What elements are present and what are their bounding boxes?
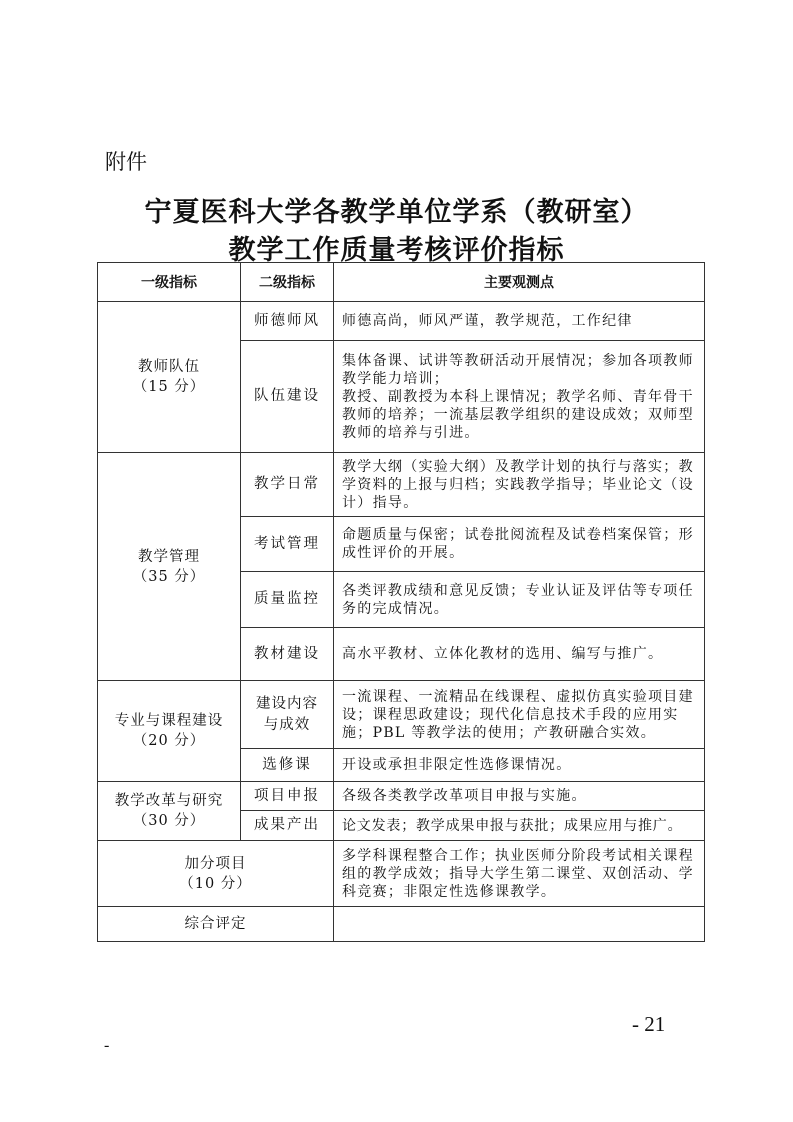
points-cell: 一流课程、一流精品在线课程、虚拟仿真实验项目建设；课程思政建设；现代化信息技术手… — [334, 681, 705, 749]
point-text: 开设或承担非限定性选修课情况。 — [342, 756, 698, 774]
points-cell: 命题质量与保密；试卷批阅流程及试卷档案保管；形成性评价的开展。 — [334, 517, 705, 572]
level2-cell: 建设内容与成效 — [241, 681, 334, 749]
header-level2: 二级指标 — [241, 263, 334, 302]
points-cell: 各类评教成绩和意见反馈；专业认证及评估等专项任务的完成情况。 — [334, 572, 705, 628]
overall-value-cell — [334, 907, 705, 942]
point-text: 集体备课、试讲等教研活动开展情况；参加各项教师教学能力培训； — [342, 352, 698, 388]
level2-cell: 考试管理 — [241, 517, 334, 572]
overall-label-cell: 综合评定 — [98, 907, 334, 942]
table-row: 教师队伍 （15 分） 师德师风 师德高尚，师风严谨，教学规范，工作纪律 — [98, 302, 705, 341]
level1-score: （35 分） — [133, 569, 206, 585]
overall-row: 综合评定 — [98, 907, 705, 942]
level2-cell: 师德师风 — [241, 302, 334, 341]
table-row: 教学改革与研究 （30 分） 项目申报 各级各类教学改革项目申报与实施。 — [98, 782, 705, 811]
table-row: 教学管理 （35 分） 教学日常 教学大纲（实验大纲）及教学计划的执行与落实；教… — [98, 453, 705, 517]
level1-cell: 教学改革与研究 （30 分） — [98, 782, 241, 841]
point-text: 教授、副教授为本科上课情况；教学名师、青年骨干教师的培养；一流基层教学组织的建设… — [342, 388, 698, 442]
points-cell: 开设或承担非限定性选修课情况。 — [334, 749, 705, 782]
table-row: 专业与课程建设 （20 分） 建设内容与成效 一流课程、一流精品在线课程、虚拟仿… — [98, 681, 705, 749]
level2-cell: 选修课 — [241, 749, 334, 782]
point-text: 多学科课程整合工作；执业医师分阶段考试相关课程组的教学成效；指导大学生第二课堂、… — [342, 847, 698, 901]
level1-cell: 专业与课程建设 （20 分） — [98, 681, 241, 782]
point-text: 一流课程、一流精品在线课程、虚拟仿真实验项目建设；课程思政建设；现代化信息技术手… — [342, 688, 698, 742]
level1-score: （30 分） — [133, 813, 206, 829]
points-cell: 各级各类教学改革项目申报与实施。 — [334, 782, 705, 811]
level2-cell: 成果产出 — [241, 811, 334, 841]
points-cell: 高水平教材、立体化教材的选用、编写与推广。 — [334, 628, 705, 681]
bonus-label-cell: 加分项目 （10 分） — [98, 841, 334, 907]
bonus-label: 加分项目 — [185, 856, 247, 872]
point-text: 各级各类教学改革项目申报与实施。 — [342, 787, 698, 805]
level1-score: （20 分） — [133, 733, 206, 749]
level1-cell: 教师队伍 （15 分） — [98, 302, 241, 453]
bonus-points-cell: 多学科课程整合工作；执业医师分阶段考试相关课程组的教学成效；指导大学生第二课堂、… — [334, 841, 705, 907]
level2-cell: 质量监控 — [241, 572, 334, 628]
level2-cell: 教学日常 — [241, 453, 334, 517]
level1-label: 教学改革与研究 — [115, 793, 224, 809]
page-number: - 21 — [632, 1012, 665, 1037]
point-text: 命题质量与保密；试卷批阅流程及试卷档案保管；形成性评价的开展。 — [342, 526, 698, 562]
level1-label: 专业与课程建设 — [115, 713, 224, 729]
point-text: 论文发表；教学成果申报与获批；成果应用与推广。 — [342, 817, 698, 835]
evaluation-table: 一级指标 二级指标 主要观测点 教师队伍 （15 分） 师德师风 师德高尚，师风… — [97, 262, 705, 942]
footer-dash: - — [104, 1037, 109, 1055]
header-level1: 一级指标 — [98, 263, 241, 302]
points-cell: 集体备课、试讲等教研活动开展情况；参加各项教师教学能力培训； 教授、副教授为本科… — [334, 341, 705, 453]
point-text: 教学大纲（实验大纲）及教学计划的执行与落实；教学资料的上报与归档；实践教学指导；… — [342, 458, 698, 512]
document-title-line1: 宁夏医科大学各教学单位学系（教研室） — [0, 190, 793, 229]
point-text: 各类评教成绩和意见反馈；专业认证及评估等专项任务的完成情况。 — [342, 582, 698, 618]
bonus-row: 加分项目 （10 分） 多学科课程整合工作；执业医师分阶段考试相关课程组的教学成… — [98, 841, 705, 907]
level1-label: 教学管理 — [138, 549, 200, 565]
point-text: 高水平教材、立体化教材的选用、编写与推广。 — [342, 645, 698, 663]
level1-cell: 教学管理 （35 分） — [98, 453, 241, 681]
points-cell: 教学大纲（实验大纲）及教学计划的执行与落实；教学资料的上报与归档；实践教学指导；… — [334, 453, 705, 517]
point-text: 师德高尚，师风严谨，教学规范，工作纪律 — [342, 312, 698, 330]
level2-cell: 教材建设 — [241, 628, 334, 681]
attachment-label: 附件 — [105, 146, 147, 176]
points-cell: 师德高尚，师风严谨，教学规范，工作纪律 — [334, 302, 705, 341]
level1-score: （15 分） — [133, 379, 206, 395]
level2-label: 建设内容与成效 — [256, 696, 318, 733]
header-observation-points: 主要观测点 — [334, 263, 705, 302]
table-header-row: 一级指标 二级指标 主要观测点 — [98, 263, 705, 302]
level1-label: 教师队伍 — [138, 359, 200, 375]
level2-cell: 项目申报 — [241, 782, 334, 811]
points-cell: 论文发表；教学成果申报与获批；成果应用与推广。 — [334, 811, 705, 841]
bonus-score: （10 分） — [179, 876, 252, 892]
level2-cell: 队伍建设 — [241, 341, 334, 453]
